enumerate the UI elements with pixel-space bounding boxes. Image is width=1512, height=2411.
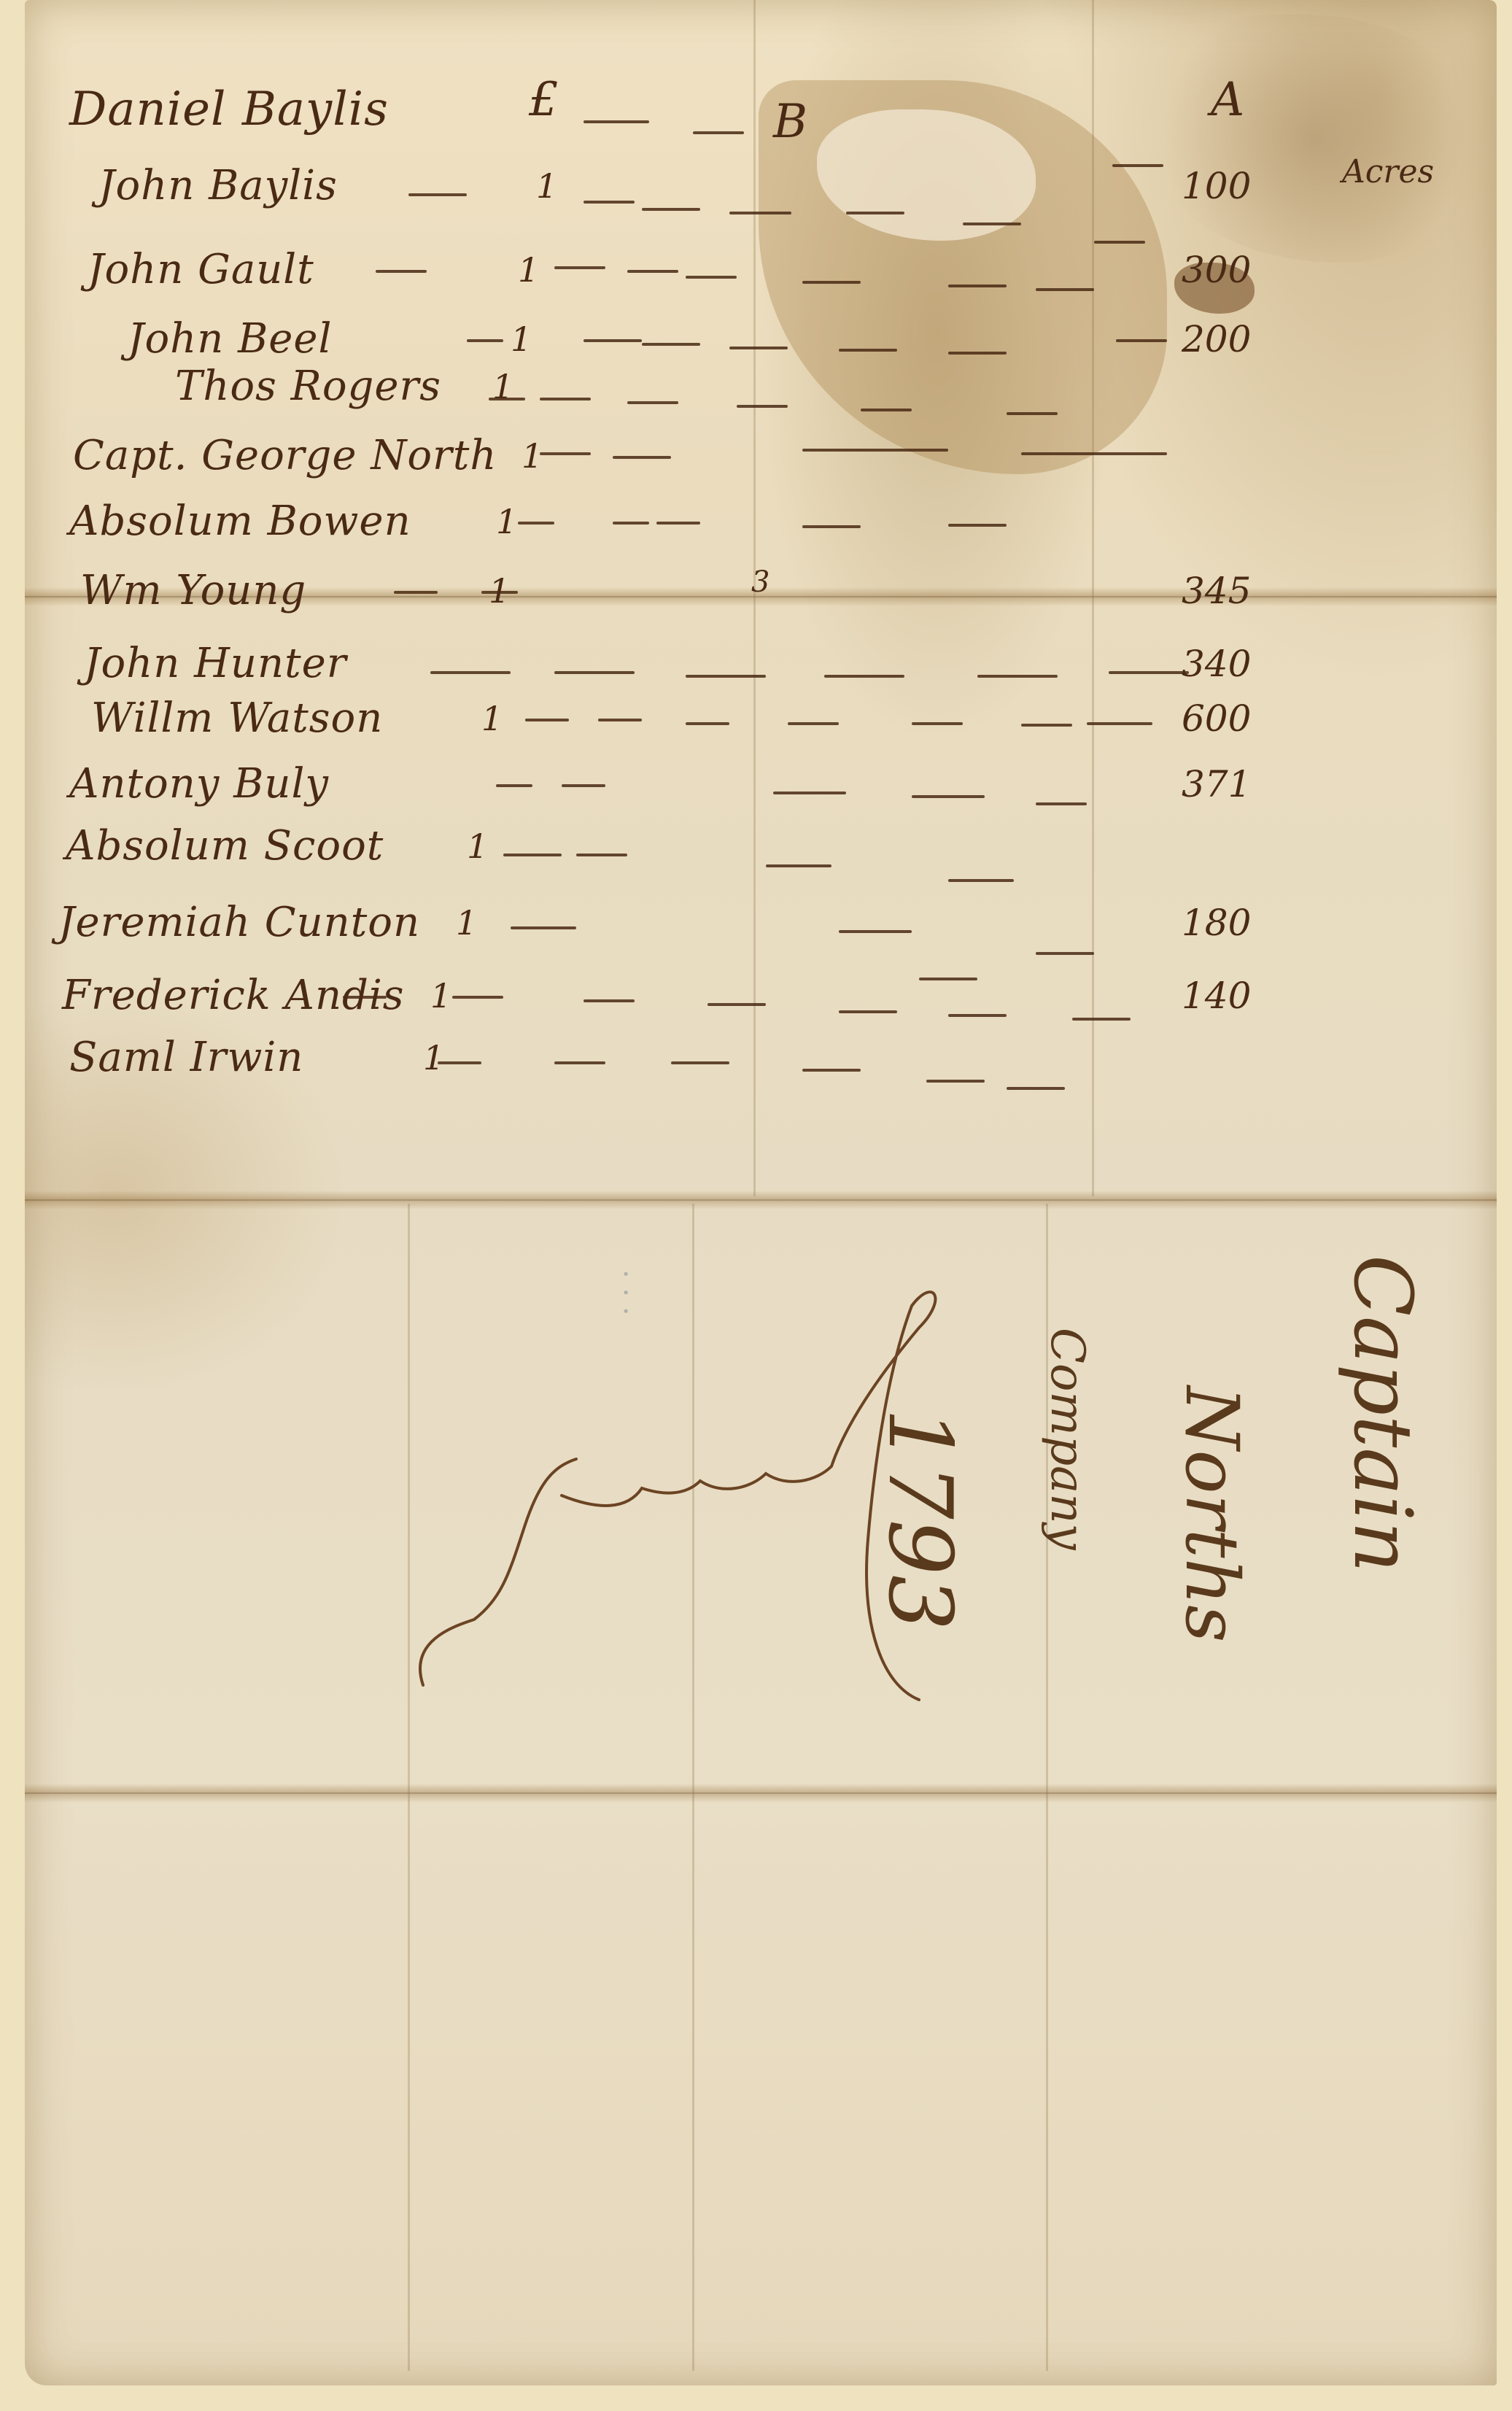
member-mark: 1 — [423, 1029, 444, 1087]
roster-row: Frederick Andis 1 140 — [0, 967, 1512, 1025]
member-acres: 100 — [1182, 157, 1251, 215]
roster-row: Wm Young 1 345 — [0, 562, 1512, 620]
member-name: John Baylis — [98, 157, 338, 215]
pen-flourish-icon — [408, 1277, 955, 1714]
roster-row: John Hunter 340 — [0, 635, 1512, 693]
member-name: Absolum Bowen — [69, 492, 411, 551]
member-name: Absolum Scoot — [66, 817, 384, 875]
member-acres: 140 — [1182, 967, 1251, 1025]
member-mark: 1 — [492, 357, 513, 416]
member-mark: 1 — [456, 894, 477, 952]
member-acres: 340 — [1182, 635, 1251, 693]
roster-row: John Gault 1 300 — [0, 241, 1512, 299]
member-acres: 345 — [1182, 562, 1251, 620]
member-acres: 371 — [1182, 755, 1251, 813]
member-acres: 600 — [1182, 689, 1251, 748]
member-name: John Hunter — [84, 635, 346, 693]
docket-norths: Norths — [1169, 1386, 1255, 1642]
member-name: Thos Rogers — [175, 357, 441, 416]
roster-row: Willm Watson 1 600 — [0, 689, 1512, 748]
member-mark: 1 — [430, 967, 451, 1025]
roster-row: John Baylis 1 100 — [0, 157, 1512, 215]
member-acres: 180 — [1182, 894, 1251, 952]
fold-line-2 — [25, 1191, 1497, 1210]
member-mark: 1 — [522, 427, 543, 485]
docket-company: Company — [1040, 1328, 1094, 1550]
roster-row: Jeremiah Cunton 1 180 — [0, 894, 1512, 952]
roster-row: Absolum Scoot 1 — [0, 817, 1512, 875]
member-name: Willm Watson — [91, 689, 383, 748]
fold-line-3 — [25, 1784, 1497, 1803]
member-mark: 1 — [496, 492, 517, 551]
member-acres: 300 — [1182, 241, 1251, 299]
member-name: Daniel Baylis — [69, 80, 389, 139]
roster-row: Saml Irwin 1 — [0, 1029, 1512, 1087]
member-mark: 1 — [481, 689, 503, 748]
member-name: Jeremiah Cunton — [58, 894, 420, 952]
pencil-marks: · · · — [608, 1269, 642, 1316]
member-name: Saml Irwin — [69, 1029, 303, 1087]
roster-row: Antony Buly 371 — [0, 755, 1512, 813]
member-name: Wm Young — [80, 562, 306, 620]
member-mark: 1 — [536, 157, 557, 215]
member-mark: 1 — [467, 817, 488, 875]
member-name: John Gault — [88, 241, 314, 299]
docket-captain: Captain — [1336, 1255, 1430, 1573]
roster-row: Absolum Bowen 1 — [0, 492, 1512, 551]
member-mark: 1 — [518, 241, 539, 299]
roster-row: Daniel Baylis — [0, 80, 1512, 139]
member-name: Capt. George North — [73, 427, 497, 485]
member-name: Antony Buly — [69, 755, 329, 813]
roster-row: Capt. George North 1 — [0, 427, 1512, 485]
